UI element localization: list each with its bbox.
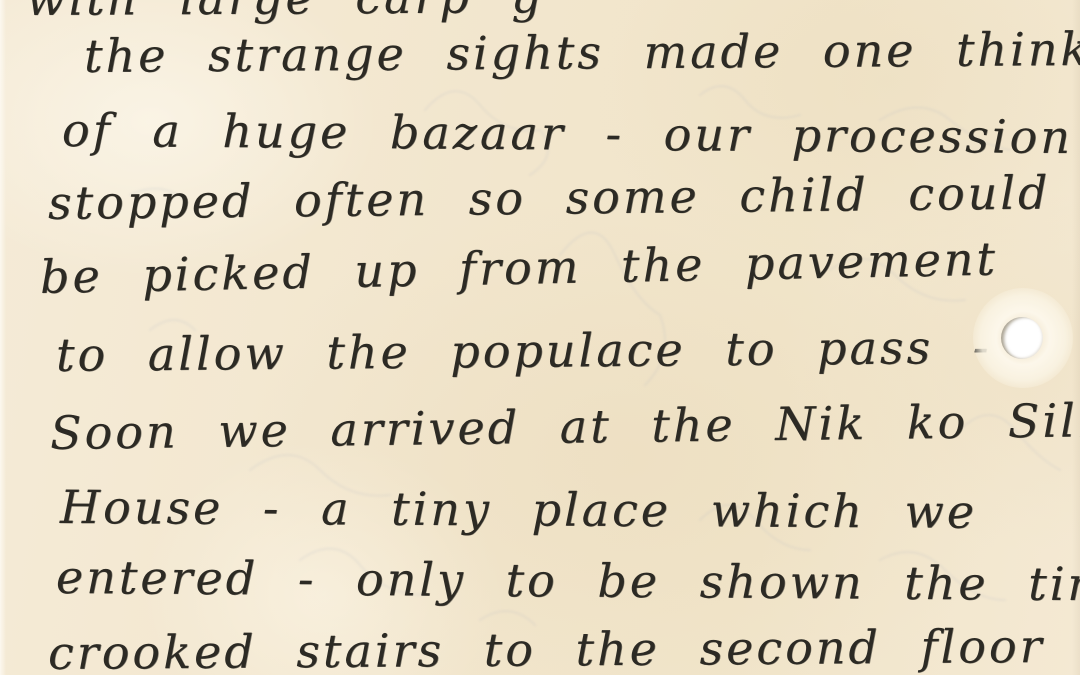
- handwritten-line-9: crooked stairs to the second floor: [48, 620, 1045, 675]
- handwritten-line-3: stopped often so some child could: [48, 167, 1051, 230]
- handwritten-line-0: with large carp g: [26, 0, 544, 26]
- handwritten-line-1: the strange sights made one think: [84, 23, 1080, 83]
- handwritten-line-4: be picked up from the pavement: [39, 233, 998, 304]
- paper-edge-left: [0, 0, 6, 675]
- handwritten-line-7: House - a tiny place which we: [60, 481, 977, 539]
- punch-hole: [1001, 317, 1043, 359]
- handwritten-line-8: entered - only to be shown the tiny: [56, 551, 1080, 611]
- paper-edge-right: [1072, 0, 1080, 675]
- handwritten-line-2: of a huge bazaar - our procession: [62, 104, 1073, 164]
- handwritten-line-6: Soon we arrived at the Nik ko Silk: [50, 394, 1080, 460]
- handwritten-line-5: to allow the populace to pass -: [56, 321, 992, 382]
- scanned-journal-page: with large carp g the strange sights mad…: [0, 0, 1080, 675]
